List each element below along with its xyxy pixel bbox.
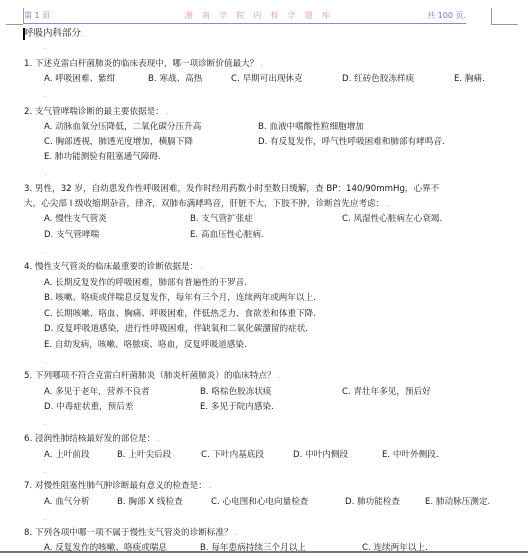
q4-option-b[interactable]: B. 咳嗽、咯痰或伴喘息反复发作，每年有三个月，连续两年或两年以上. [44,292,316,304]
header-page-number: 第 1 页 [24,10,50,22]
header-total-pages: 共 100 页. [427,10,466,22]
q2-option-e[interactable]: E. 肺功能测验有阻塞通气障碍. [44,151,161,163]
q3-option-a[interactable]: A. 慢性支气管炎 [44,213,107,225]
q4-option-e[interactable]: E. 自幼发病，咳嗽、咯脓痰、咯血，反复呼吸道感染. [44,339,247,351]
q3-option-d[interactable]: D. 支气管哮喘 [44,229,99,241]
header-title: 湘 南 学 院 内 科 学 题 库 [184,10,334,22]
section-title[interactable]: 呼吸内科部分. [24,27,83,41]
q3-option-b[interactable]: B. 支气管扩张症 [190,213,253,225]
question-4-stem[interactable]: 4. 慢性支气管炎的临床最重要的诊断依据是： . [24,261,203,273]
question-5-stem[interactable]: 5. 下列哪项不符合克雷白杆菌肺炎（肺炎杆菌肺炎）的临床特点？ . [24,370,280,382]
q3-option-c[interactable]: C. 风湿性心脏病左心衰竭. [342,213,442,225]
document-page: 第 1 页 湘 南 学 院 内 科 学 题 库 共 100 页. 呼吸内科部分.… [0,0,528,553]
q7-option-a[interactable]: A. 血气分析 [44,496,90,508]
q1-option-a[interactable]: A. 呼吸困难、紫绀 [44,73,115,85]
q5-option-a[interactable]: A. 多见于老年，营养不良者 [44,386,150,398]
q1-option-d[interactable]: D. 红砖色胶冻样痰 [342,73,414,85]
q7-option-e[interactable]: E. 肺动脉压测定. [425,496,490,508]
q2-option-a[interactable]: A. 动脉血氧分压降低，二氧化碳分压升高 [44,121,201,133]
margin-corner-mark [6,24,23,25]
q1-option-e[interactable]: E. 胸痛. [454,73,485,85]
margin-corner-mark [491,24,518,25]
q7-option-b[interactable]: B. 胸部 X 线检查 [117,496,183,508]
q2-option-b[interactable]: B. 血液中嗜酸性粒细胞增加 [258,121,364,133]
paragraph-mark: . [44,356,46,366]
q6-option-c[interactable]: C. 下叶内基底段 [201,449,264,461]
paragraph-mark: . [44,246,46,256]
q5-option-e[interactable]: E. 多见于院内感染. [200,401,274,413]
q6-option-a[interactable]: A. 上叶前段 [44,449,90,461]
q5-option-d[interactable]: D. 中毒症状重，预后差 [44,401,133,413]
q4-option-a[interactable]: A. 长期反复发作的呼吸困难，肺部有普遍性的干罗音. [44,277,247,289]
q6-option-b[interactable]: B. 上叶尖后段 [117,449,171,461]
question-3-stem-line2[interactable]: 大，心尖部 I 级收缩期杂音，律齐，双肺布满哮鸣音，肝脏不大，下肢不肿，诊断首先… [24,198,389,210]
paragraph-mark: . [44,90,46,100]
question-7-stem[interactable]: 7. 对慢性阻塞性肺气肿诊断最有意义的检查是： . [24,480,211,492]
question-8-stem[interactable]: 8. 下列各项中哪一项不属于慢性支气管炎的诊断标准？ . [24,527,237,539]
q3-option-e[interactable]: E. 高血压性心脏病. [190,229,264,241]
q5-option-b[interactable]: B. 咯棕色胶冻状痰 [200,386,272,398]
question-6-stem[interactable]: 6. 浸润性肺结核最好发的部位是： . [24,433,160,445]
q1-option-c[interactable]: C. 早期可出现休克 [231,73,303,85]
q2-option-d[interactable]: D. 有反复发作，呼气性呼吸困难和肺部有哮鸣音. [258,136,445,148]
q7-option-d[interactable]: D. 肺功能检查 [345,496,400,508]
q4-option-c[interactable]: C. 长期咳嗽、咯血、胸痛、呼吸困难，伴低热乏力、食欲差和体重下降. [44,308,316,320]
q4-option-d[interactable]: D. 反复呼吸道感染，进行性呼吸困难，伴缺氧和二氧化碳潴留的症状. [44,323,308,335]
paragraph-mark: . [44,42,46,52]
page-header[interactable]: 第 1 页 湘 南 学 院 内 科 学 题 库 共 100 页. [24,10,466,24]
question-2-stem[interactable]: 2. 支气管哮喘诊断的最主要依据是： . [24,106,168,118]
q5-option-c[interactable]: C. 青壮年多见，预后好 [342,386,431,398]
q6-option-d[interactable]: D. 中叶内侧段 [293,449,348,461]
paragraph-mark: . [44,513,46,523]
question-3-stem-line1[interactable]: 3. 男性，32 岁，自幼患发作性呼吸困难，发作时经用药数小时至数日缓解，查 B… [24,183,439,195]
q1-option-b[interactable]: B. 寒战、高热 [148,73,202,85]
paragraph-mark: . [44,168,46,178]
q6-option-e[interactable]: E. 中叶外侧段. [382,449,439,461]
paragraph-mark: . [44,466,46,476]
question-1-stem[interactable]: 1. 下述克雷白杆菌肺炎的临床表现中，哪一项诊断价值最大？ . [24,58,263,70]
margin-corner-mark [491,8,492,24]
q7-option-c[interactable]: C. 心电图和心电向量检查 [211,496,308,508]
q2-option-c[interactable]: C. 胸部透视，肺透光度增加，横膈下降 [44,136,193,148]
paragraph-mark: . [44,418,46,428]
